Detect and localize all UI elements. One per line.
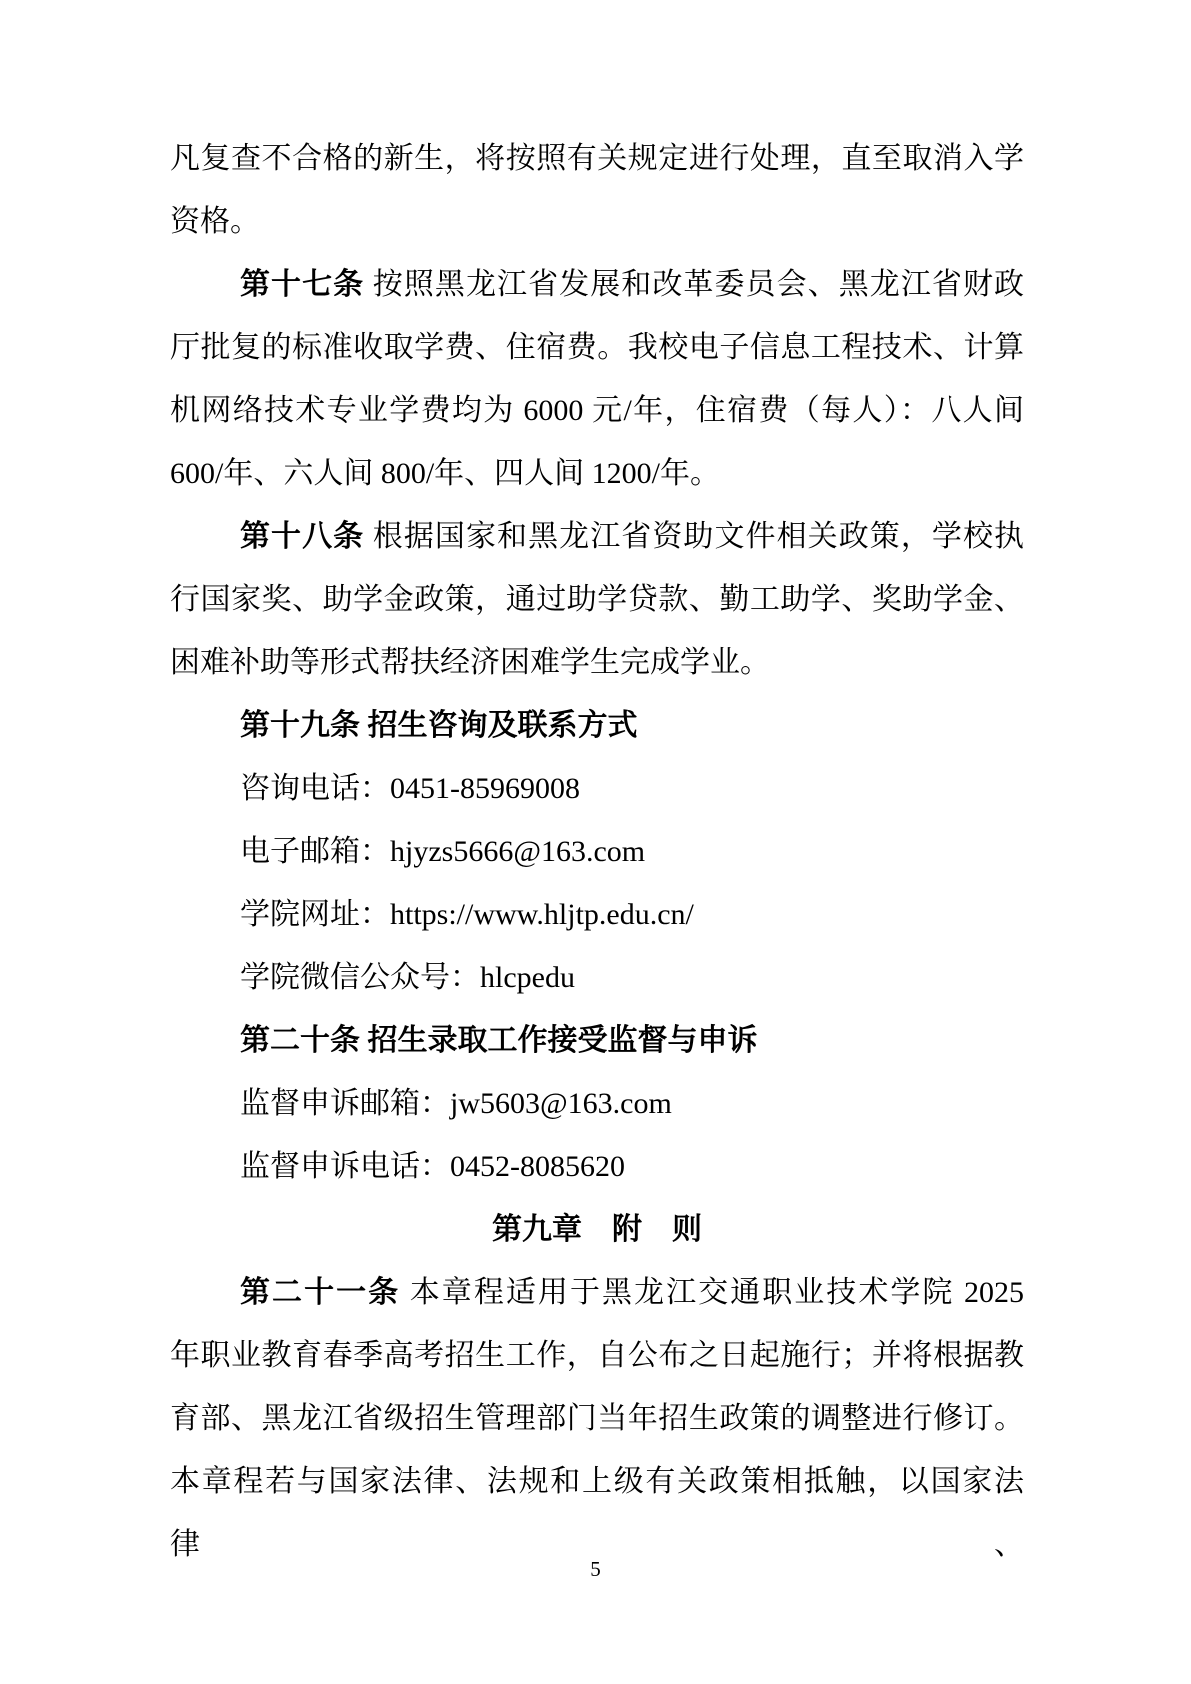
text-run: 本章程若与国家法律、法规和上级有关政策相抵触，以国家法律、 bbox=[170, 1465, 1024, 1561]
chapter-heading-bold: 第九章 附 则 bbox=[492, 1213, 702, 1246]
doc-line: 困难补助等形式帮扶经济困难学生完成学业。 bbox=[170, 631, 1024, 694]
text-run: 学院微信公众号：hlcpedu bbox=[240, 961, 575, 994]
supervision-phone-line: 监督申诉电话：0452-8085620 bbox=[170, 1135, 1024, 1198]
doc-line: 育部、黑龙江省级招生管理部门当年招生政策的调整进行修订。 bbox=[170, 1387, 1024, 1450]
text-run: 咨询电话：0451-85969008 bbox=[240, 772, 580, 805]
text-run: 凡复查不合格的新生，将按照有关规定进行处理，直至取消入学 bbox=[170, 142, 1024, 175]
document-page: 凡复查不合格的新生，将按照有关规定进行处理，直至取消入学 资格。 第十七条 按照… bbox=[0, 0, 1191, 1684]
doc-line: 资格。 bbox=[170, 190, 1024, 253]
chapter-9-heading: 第九章 附 则 bbox=[170, 1198, 1024, 1261]
text-run: 按照黑龙江省发展和改革委员会、黑龙江省财政 bbox=[364, 268, 1024, 301]
text-run: 600/年、六人间 800/年、四人间 1200/年。 bbox=[170, 457, 720, 490]
article-number-bold: 第十八条 bbox=[240, 520, 364, 553]
article-number-bold: 第二十一条 bbox=[240, 1276, 400, 1309]
wechat-line: 学院微信公众号：hlcpedu bbox=[170, 946, 1024, 1009]
article-19-heading: 第十九条 招生咨询及联系方式 bbox=[170, 694, 1024, 757]
supervision-email-line: 监督申诉邮箱：jw5603@163.com bbox=[170, 1072, 1024, 1135]
document-body: 凡复查不合格的新生，将按照有关规定进行处理，直至取消入学 资格。 第十七条 按照… bbox=[170, 127, 1024, 1576]
website-line: 学院网址：https://www.hljtp.edu.cn/ bbox=[170, 883, 1024, 946]
doc-line: 凡复查不合格的新生，将按照有关规定进行处理，直至取消入学 bbox=[170, 127, 1024, 190]
text-run: 监督申诉电话：0452-8085620 bbox=[240, 1150, 625, 1183]
article-21-line: 第二十一条 本章程适用于黑龙江交通职业技术学院 2025 bbox=[170, 1261, 1024, 1324]
doc-line: 行国家奖、助学金政策，通过助学贷款、勤工助学、奖助学金、 bbox=[170, 568, 1024, 631]
doc-line: 厅批复的标准收取学费、住宿费。我校电子信息工程技术、计算 bbox=[170, 316, 1024, 379]
text-run: 根据国家和黑龙江省资助文件相关政策，学校执 bbox=[364, 520, 1024, 553]
doc-line: 600/年、六人间 800/年、四人间 1200/年。 bbox=[170, 442, 1024, 505]
contact-phone-line: 咨询电话：0451-85969008 bbox=[170, 757, 1024, 820]
article-17-line: 第十七条 按照黑龙江省发展和改革委员会、黑龙江省财政 bbox=[170, 253, 1024, 316]
text-run: 资格。 bbox=[170, 205, 260, 238]
text-run: 厅批复的标准收取学费、住宿费。我校电子信息工程技术、计算 bbox=[170, 331, 1024, 364]
text-run: 机网络技术专业学费均为 6000 元/年，住宿费（每人）：八人间 bbox=[170, 394, 1024, 427]
doc-line: 机网络技术专业学费均为 6000 元/年，住宿费（每人）：八人间 bbox=[170, 379, 1024, 442]
article-number-bold: 第十七条 bbox=[240, 268, 364, 301]
text-run: 学院网址：https://www.hljtp.edu.cn/ bbox=[240, 898, 694, 931]
doc-line: 年职业教育春季高考招生工作，自公布之日起施行；并将根据教 bbox=[170, 1324, 1024, 1387]
article-18-line: 第十八条 根据国家和黑龙江省资助文件相关政策，学校执 bbox=[170, 505, 1024, 568]
text-run: 监督申诉邮箱：jw5603@163.com bbox=[240, 1087, 672, 1120]
contact-email-line: 电子邮箱：hjyzs5666@163.com bbox=[170, 820, 1024, 883]
text-run: 行国家奖、助学金政策，通过助学贷款、勤工助学、奖助学金、 bbox=[170, 583, 1024, 616]
text-run: 本章程适用于黑龙江交通职业技术学院 2025 bbox=[400, 1276, 1024, 1309]
text-run: 电子邮箱：hjyzs5666@163.com bbox=[240, 835, 645, 868]
text-run: 困难补助等形式帮扶经济困难学生完成学业。 bbox=[170, 646, 770, 679]
page-number: 5 bbox=[0, 1556, 1191, 1582]
article-heading-bold: 第十九条 招生咨询及联系方式 bbox=[240, 709, 638, 742]
text-run: 年职业教育春季高考招生工作，自公布之日起施行；并将根据教 bbox=[170, 1339, 1024, 1372]
text-run: 育部、黑龙江省级招生管理部门当年招生政策的调整进行修订。 bbox=[170, 1402, 1024, 1435]
article-heading-bold: 第二十条 招生录取工作接受监督与申诉 bbox=[240, 1024, 758, 1057]
article-20-heading: 第二十条 招生录取工作接受监督与申诉 bbox=[170, 1009, 1024, 1072]
